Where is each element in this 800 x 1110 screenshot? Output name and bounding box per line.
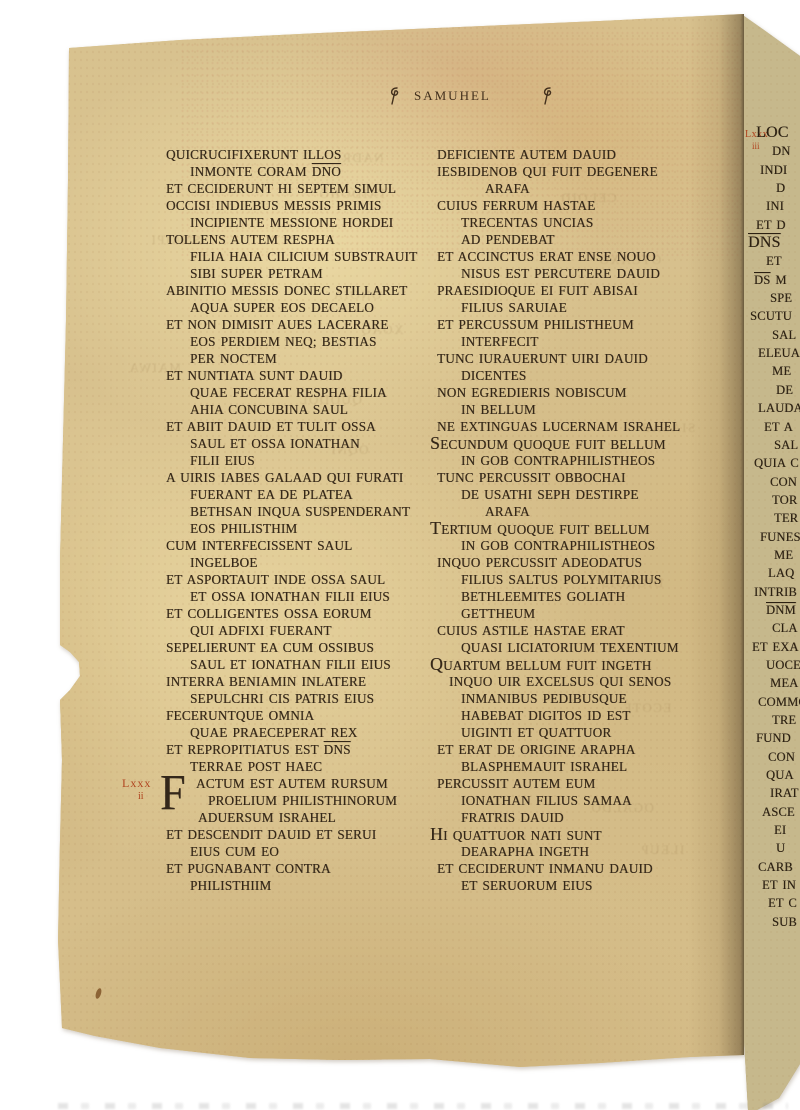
text-line: MEA [748,674,800,692]
text-line: ET D [748,216,800,234]
text-line: QUA [748,766,800,784]
text-line: ET EXA [748,638,800,656]
facing-page-wrap: Lxxx iii LOCDNINDIDINIET DDNSETDS MSPESC… [0,0,800,1110]
text-line: ME [748,362,800,380]
text-line: CARB [748,858,800,876]
text-line: ET IN [748,876,800,894]
text-line: DN [748,142,800,160]
text-line: SUB [748,913,800,931]
text-line: SAL [748,436,800,454]
text-line: INDI [748,161,800,179]
manuscript-photo: NADRITAIDOHOSNAIPIONOIAXOAQMAIWAQUODOLOQ… [0,0,800,1110]
text-line: LAQ [748,564,800,582]
parchment-texture [0,0,800,1110]
facing-page-text-fragments: LOCDNINDIDINIET DDNSETDS MSPESCUTUSALELE… [748,124,800,931]
text-line: INI [748,197,800,215]
text-line: CLA [748,619,800,637]
text-line: UOCE [748,656,800,674]
text-line: SCUTU [748,307,800,325]
text-line: COMMOT [748,693,800,711]
text-line: LOC [748,124,800,142]
text-line: U [748,839,800,857]
text-line: LAUDA [748,399,800,417]
facing-page-edge: Lxxx iii LOCDNINDIDINIET DDNSETDS MSPESC… [0,0,800,1110]
text-line: QUIA C [748,454,800,472]
text-line: FUND [748,729,800,747]
text-line: ET A [748,418,800,436]
text-line: DNS [748,234,800,252]
text-line: ET C [748,894,800,912]
text-line: TOR [748,491,800,509]
text-line: CON [748,748,800,766]
text-line: TRE [748,711,800,729]
text-line: ASCE [748,803,800,821]
text-line: DNM [748,601,800,619]
text-line: ME [748,546,800,564]
text-line: SPE [748,289,800,307]
text-line: D [748,179,800,197]
text-line: CON [748,473,800,491]
text-line: EI [748,821,800,839]
text-line: FUNES [748,528,800,546]
text-line: DS M [748,271,800,289]
text-line: INTRIB [748,583,800,601]
cropped-caption-hint [58,1103,788,1109]
text-line: TER [748,509,800,527]
text-line: SAL [748,326,800,344]
text-line: ET [748,252,800,270]
text-line: IRAT [748,784,800,802]
text-line: ELEUA [748,344,800,362]
text-line: DE [748,381,800,399]
